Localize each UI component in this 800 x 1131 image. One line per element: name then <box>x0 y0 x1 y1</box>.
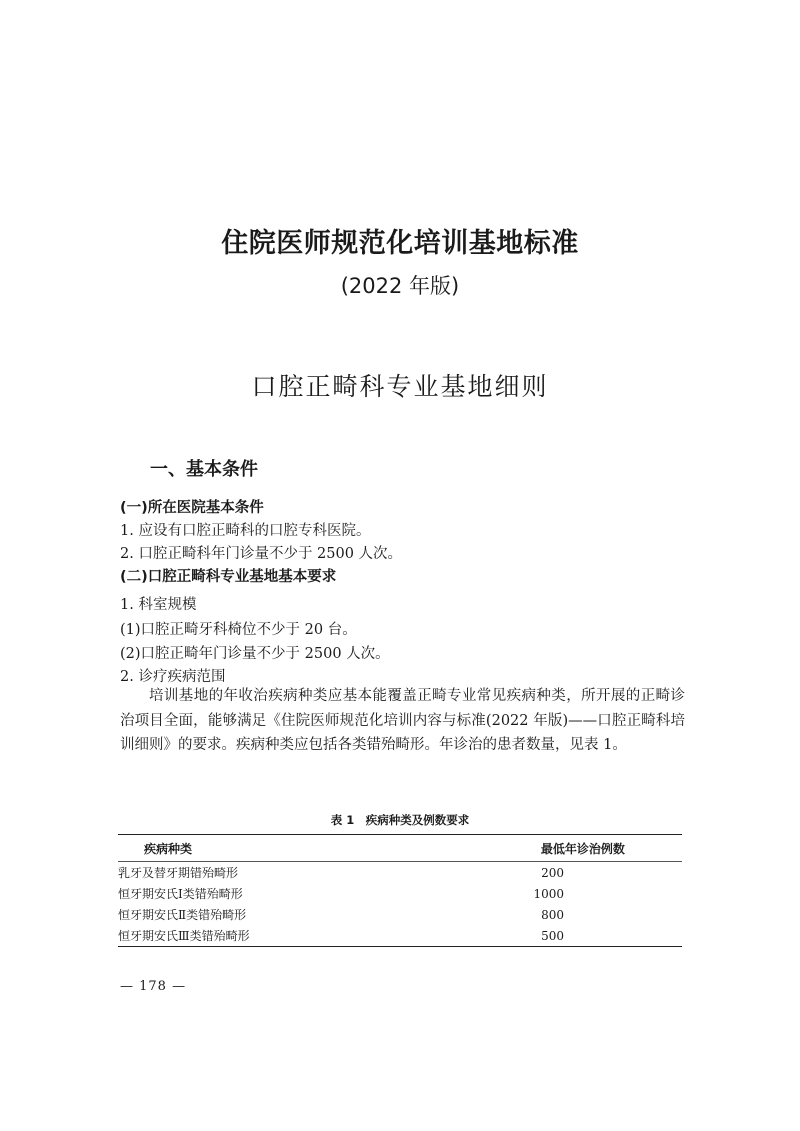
table-caption: 表 1 疾病种类及例数要求 <box>0 811 800 829</box>
table-row: 恒牙期安氏Ⅰ类错殆畸形 1000 <box>118 883 682 904</box>
table-header-row: 疾病种类 最低年诊治例数 <box>118 835 682 862</box>
document-title: 住院医师规范化培训基地标准 <box>0 226 800 262</box>
table-cell-disease: 乳牙及替牙期错殆畸形 <box>118 862 271 884</box>
table-cell-count: 500 <box>271 925 682 947</box>
table-cell-disease: 恒牙期安氏Ⅰ类错殆畸形 <box>118 883 271 904</box>
document-subtitle: 口腔正畸科专业基地细则 <box>0 369 800 405</box>
table-cell-disease: 恒牙期安氏Ⅱ类错殆畸形 <box>118 904 271 925</box>
subsection-heading-hospital-conditions: (一)所在医院基本条件 <box>120 497 264 519</box>
list-item: (1)口腔正畸牙科椅位不少于 20 台。 <box>120 619 357 641</box>
table-row: 乳牙及替牙期错殆畸形 200 <box>118 862 682 884</box>
list-item: 1. 应设有口腔正畸科的口腔专科医院。 <box>120 520 370 542</box>
list-item: (2)口腔正畸年门诊量不少于 2500 人次。 <box>120 643 390 665</box>
disease-cases-table: 疾病种类 最低年诊治例数 乳牙及替牙期错殆畸形 200 恒牙期安氏Ⅰ类错殆畸形 … <box>118 834 682 947</box>
table-cell-count: 200 <box>271 862 682 884</box>
section-heading-basic-conditions: 一、基本条件 <box>150 457 258 483</box>
column-header-min-annual-cases: 最低年诊治例数 <box>271 835 682 862</box>
list-item: 2. 口腔正畸科年门诊量不少于 2500 人次。 <box>120 543 402 565</box>
subsection-heading-base-requirements: (二)口腔正畸科专业基地基本要求 <box>120 566 336 588</box>
table-cell-disease: 恒牙期安氏Ⅲ类错殆畸形 <box>118 925 271 947</box>
document-edition: (2022 年版) <box>0 271 800 301</box>
table-cell-count: 800 <box>271 904 682 925</box>
column-header-disease-type: 疾病种类 <box>118 835 271 862</box>
table-cell-count: 1000 <box>271 883 682 904</box>
item-heading-department-scale: 1. 科室规模 <box>120 594 196 616</box>
table-row: 恒牙期安氏Ⅲ类错殆畸形 500 <box>118 925 682 947</box>
body-paragraph: 培训基地的年收治疾病种类应基本能覆盖正畸专业常见疾病种类，所开展的正畸诊治项目全… <box>120 684 685 758</box>
table-row: 恒牙期安氏Ⅱ类错殆畸形 800 <box>118 904 682 925</box>
page-number: — 178 — <box>120 978 186 996</box>
